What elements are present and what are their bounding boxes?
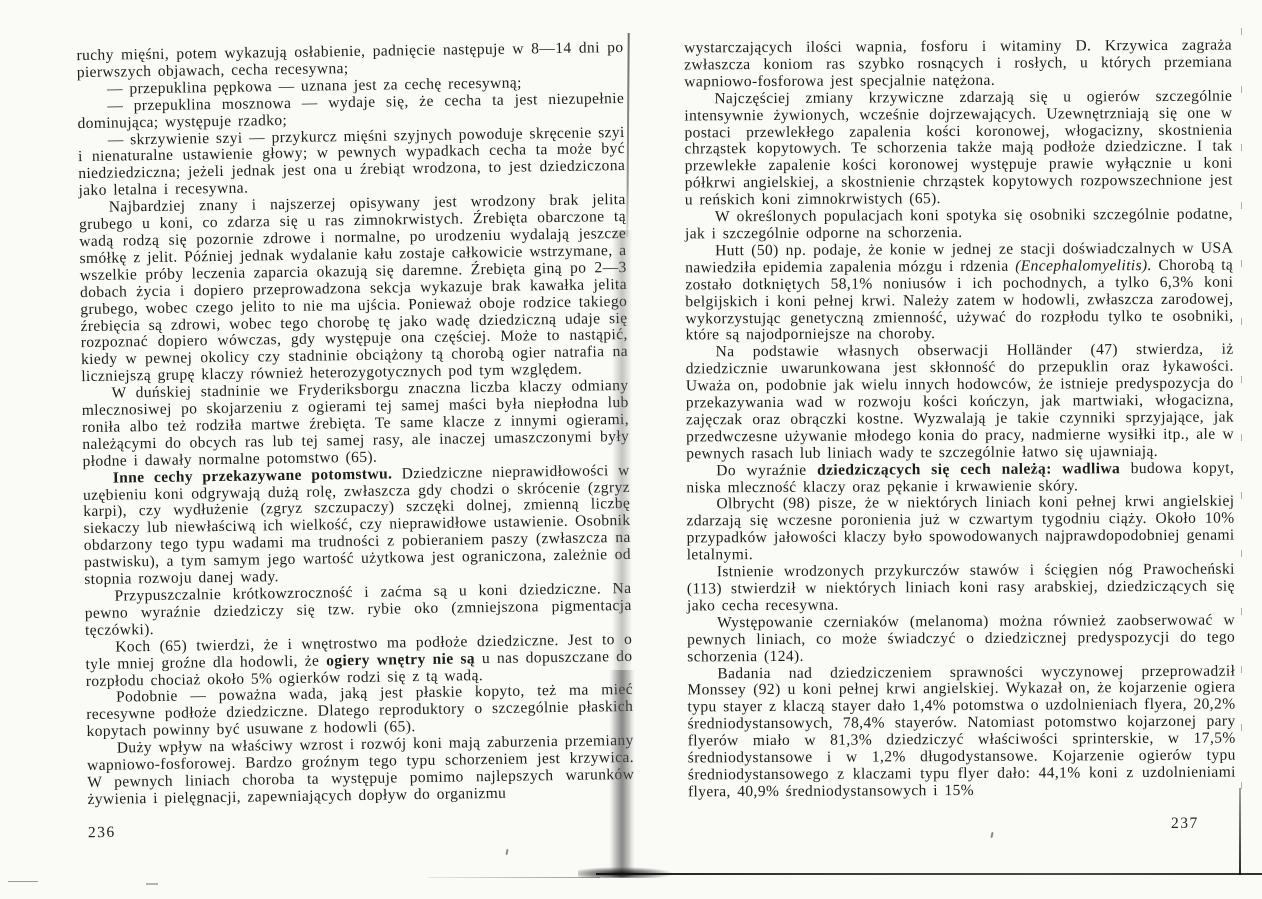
text-segment-normal: Do wyraźnie [716,461,817,479]
left-page-text-column: ruchy mięśni, potem wykazują osłabienie,… [76,40,634,809]
text-segment-normal: Przypuszczalnie krótkowzroczność i zaćma… [85,580,632,639]
paragraph: Do wyraźnie dziedziczących się cech nale… [686,460,1234,497]
scan-speck [990,832,993,838]
paragraph: Istnienie wrodzonych przykurczów stawów … [687,562,1235,616]
text-segment-normal: Najbardziej znany i najszerzej opisywany… [79,191,628,385]
text-segment-normal: Najczęściej zmiany krzywiczne zdarzają s… [684,87,1232,208]
text-segment-normal: Duży wpływ na właściwy wzrost i rozwój k… [87,732,634,808]
paragraph: — skrzywienie szyi — przykurcz mięśni sz… [78,125,626,201]
paragraph: Najczęściej zmiany krzywiczne zdarzają s… [684,88,1233,209]
book-gutter-shadow-dark [609,670,635,877]
text-segment-normal: Występowanie czerniaków (melanoma) można… [687,611,1235,665]
text-segment-normal: Olbrycht (98) pisze, że w niektórych lin… [686,493,1234,564]
paragraph: Duży wpływ na właściwy wzrost i rozwój k… [87,733,635,809]
paragraph: W określonych populacjach koni spotyka s… [685,207,1233,244]
text-segment-normal: Istnienie wrodzonych przykurczów stawów … [687,561,1235,615]
text-segment-normal: W duńskiej stadninie we Fryderiksborgu z… [82,377,630,470]
page-number-right: 237 [1171,815,1199,833]
book-gutter-line [626,33,629,237]
paragraph: Najbardziej znany i najszerzej opisywany… [79,192,629,386]
paragraph: Badania nad dziedziczeniem sprawności wy… [687,663,1236,801]
paragraph: Olbrycht (98) pisze, że w niektórych lin… [686,494,1234,564]
page-number-left: 236 [88,824,116,842]
text-segment-normal: — skrzywienie szyi — przykurcz mięśni sz… [78,124,625,200]
scan-mark-dash [8,881,38,882]
left-page-bottom-edge-line [428,877,600,878]
paragraph: W duńskiej stadninie we Fryderiksborgu z… [81,378,629,471]
text-segment-italic: (Encephalomyelitis). [1015,257,1152,275]
scan-speck [505,849,508,855]
paragraph: Występowanie czerniaków (melanoma) można… [687,612,1235,666]
right-page-edge-line [1241,28,1242,790]
text-segment-normal: W określonych populacjach koni spotyka s… [685,206,1233,243]
scan-mark-dash [146,883,158,885]
paragraph: Hutt (50) np. podaje, że konie w jednej … [685,240,1234,344]
right-page-edge-corner-line [1239,788,1241,875]
text-segment-bold: dziedziczących się cech należą: wadliwa [817,460,1120,479]
paragraph: Inne cechy przekazywane potomstwu. Dzied… [83,463,632,589]
text-segment-normal: Badania nad dziedziczeniem sprawności wy… [687,662,1236,800]
text-segment-normal: wystarczających ilości wapnia, fosforu i… [684,37,1232,91]
text-segment-normal: Na podstawie własnych obserwacji Holländ… [686,341,1234,462]
paragraph: wystarczających ilości wapnia, fosforu i… [684,38,1232,92]
paragraph: Na podstawie własnych obserwacji Holländ… [686,342,1235,463]
text-segment-normal: Podobnie — poważna wada, jaką jest płask… [86,681,633,740]
page-bottom-edge-line [596,873,1262,875]
right-page-text-column: wystarczających ilości wapnia, fosforu i… [684,38,1236,802]
